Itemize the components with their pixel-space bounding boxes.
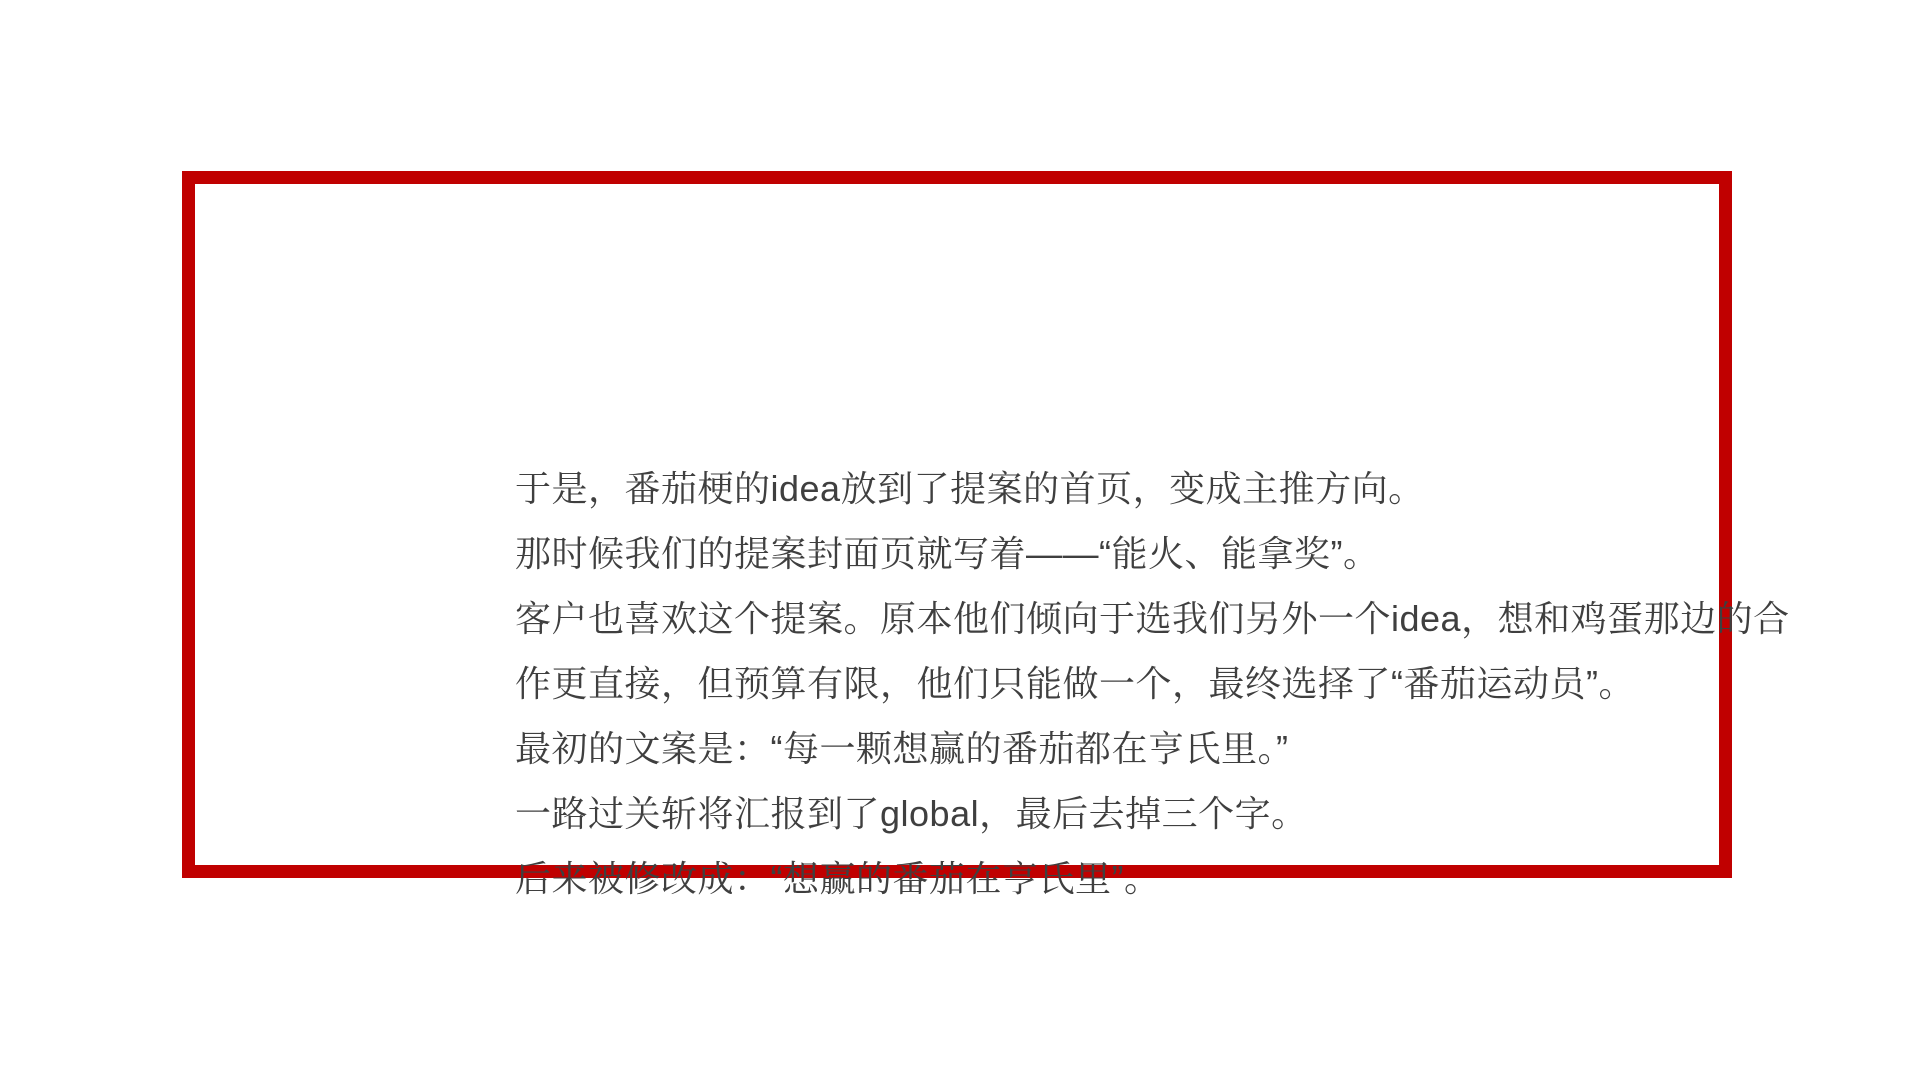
text-line-3: 客户也喜欢这个提案。原本他们倾向于选我们另外一个idea，想和鸡蛋那边的合 [515,586,1915,651]
body-text-block: 于是，番茄梗的idea放到了提案的首页，变成主推方向。 那时候我们的提案封面页就… [515,456,1915,911]
text-line-2: 那时候我们的提案封面页就写着——“能火、能拿奖”。 [515,521,1915,586]
red-border-frame: 于是，番茄梗的idea放到了提案的首页，变成主推方向。 那时候我们的提案封面页就… [182,171,1732,878]
text-line-6: 一路过关斩将汇报到了global，最后去掉三个字。 [515,781,1915,846]
text-line-1: 于是，番茄梗的idea放到了提案的首页，变成主推方向。 [515,456,1915,521]
text-line-4: 作更直接，但预算有限，他们只能做一个，最终选择了“番茄运动员”。 [515,651,1915,716]
text-line-7: 后来被修改成：“想赢的番茄在亨氏里”。 [515,846,1915,911]
text-line-5: 最初的文案是：“每一颗想赢的番茄都在亨氏里。” [515,716,1915,781]
slide-canvas: 于是，番茄梗的idea放到了提案的首页，变成主推方向。 那时候我们的提案封面页就… [0,0,1920,1080]
